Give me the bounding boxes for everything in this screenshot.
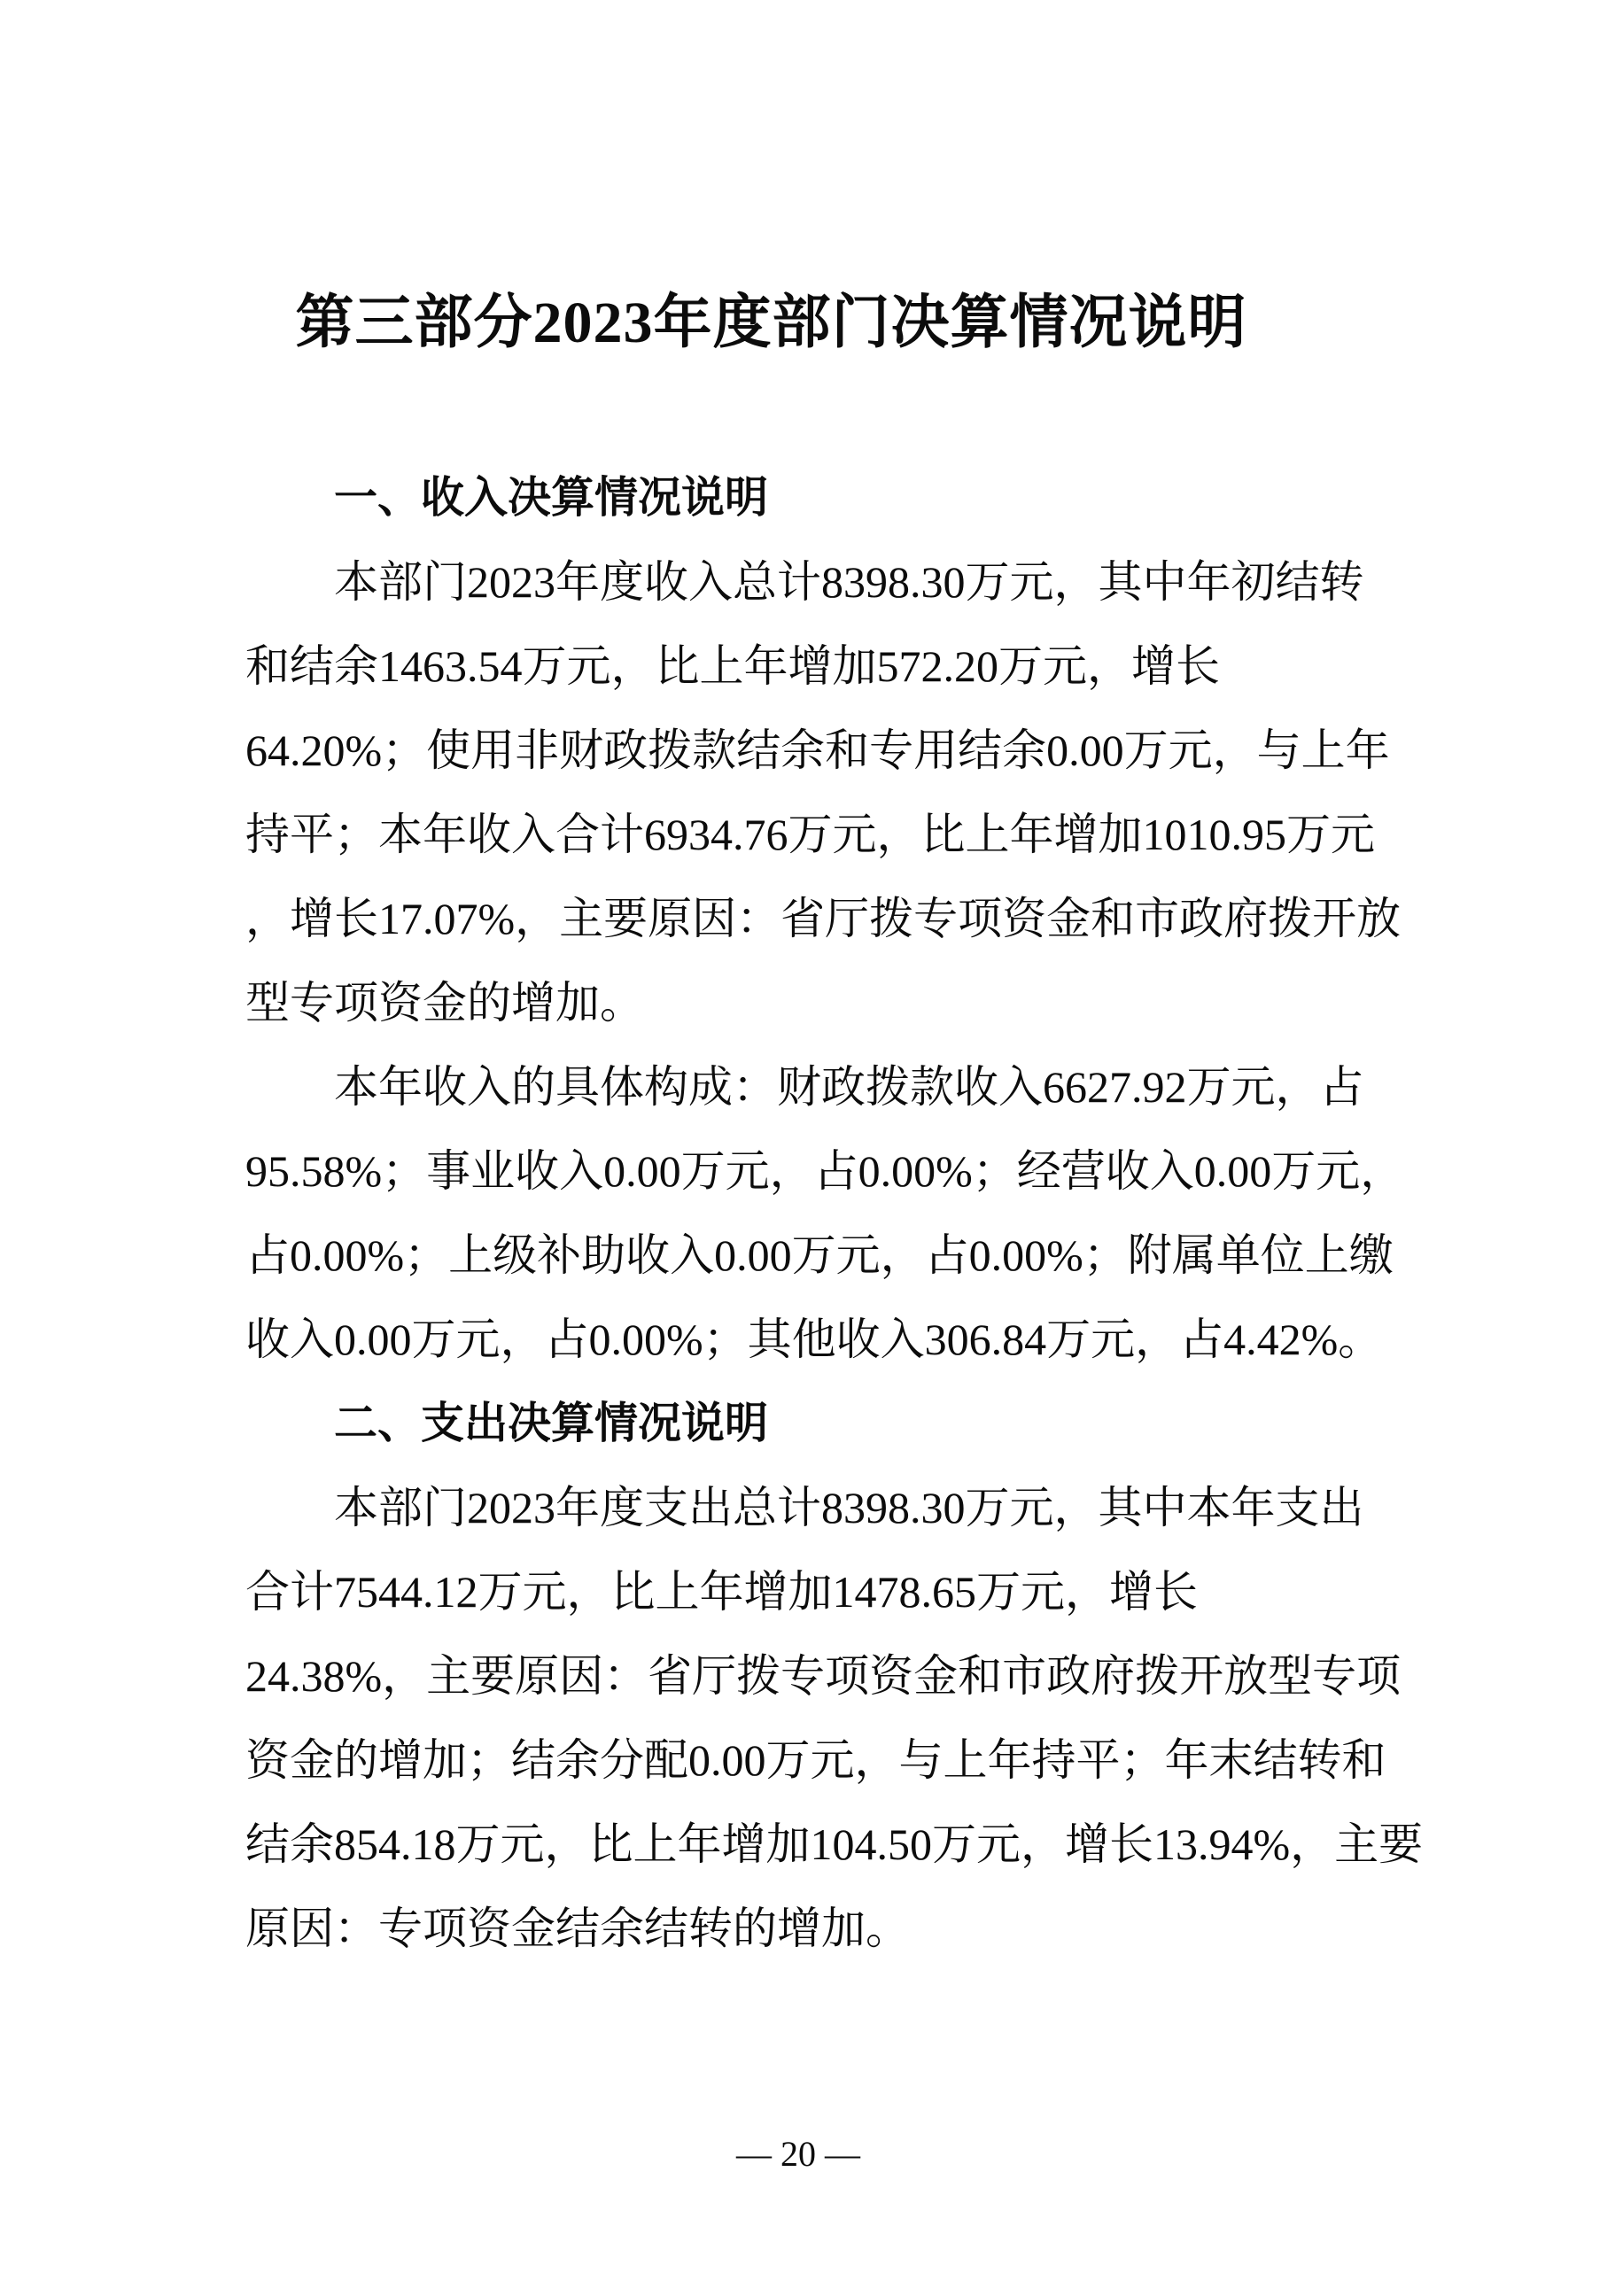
paragraph-line: 合计7544.12万元，比上年增加1478.65万元，增长 — [245, 1550, 1377, 1634]
page-number: — 20 — — [736, 2134, 860, 2174]
document-body: 一、收入决算情况说明本部门2023年度收入总计8398.30万元，其中年初结转和… — [245, 456, 1377, 1971]
paragraph-line: 结余854.18万元，比上年增加104.50万元，增长13.94%，主要 — [245, 1803, 1377, 1887]
paragraph-line: 持平；本年收入合计6934.76万元，比上年增加1010.95万元 — [245, 793, 1377, 877]
paragraph-line: 24.38%，主要原因：省厅拨专项资金和市政府拨开放型专项 — [245, 1634, 1377, 1718]
paragraph-line: 和结余1463.54万元，比上年增加572.20万元，增长 — [245, 624, 1377, 709]
paragraph-line: 资金的增加；结余分配0.00万元，与上年持平；年末结转和 — [245, 1718, 1377, 1803]
paragraph-line: 本部门2023年度收入总计8398.30万元，其中年初结转 — [245, 540, 1377, 624]
document-title: 第三部分2023年度部门决算情况说明 — [206, 285, 1337, 361]
section-heading: 一、收入决算情况说明 — [245, 456, 1377, 540]
paragraph-line: ，增长17.07%，主要原因：省厅拨专项资金和市政府拨开放 — [245, 877, 1377, 961]
paragraph-line: 收入0.00万元，占0.00%；其他收入306.84万元，占4.42%。 — [245, 1298, 1377, 1382]
paragraph-line: 原因：专项资金结余结转的增加。 — [245, 1887, 1377, 1971]
page-footer: — 20 — — [0, 2133, 1610, 2176]
paragraph-line: 占0.00%；上级补助收入0.00万元，占0.00%；附属单位上缴 — [245, 1214, 1377, 1298]
paragraph-line: 95.58%；事业收入0.00万元，占0.00%；经营收入0.00万元， — [245, 1129, 1377, 1214]
paragraph-line: 本部门2023年度支出总计8398.30万元，其中本年支出 — [245, 1466, 1377, 1550]
paragraph-line: 本年收入的具体构成：财政拨款收入6627.92万元，占 — [245, 1045, 1377, 1129]
paragraph-line: 64.20%；使用非财政拨款结余和专用结余0.00万元，与上年 — [245, 709, 1377, 793]
paragraph-line: 型专项资金的增加。 — [245, 961, 1377, 1045]
document-page: 第三部分2023年度部门决算情况说明 一、收入决算情况说明本部门2023年度收入… — [0, 0, 1623, 2296]
section-heading: 二、支出决算情况说明 — [245, 1382, 1377, 1466]
